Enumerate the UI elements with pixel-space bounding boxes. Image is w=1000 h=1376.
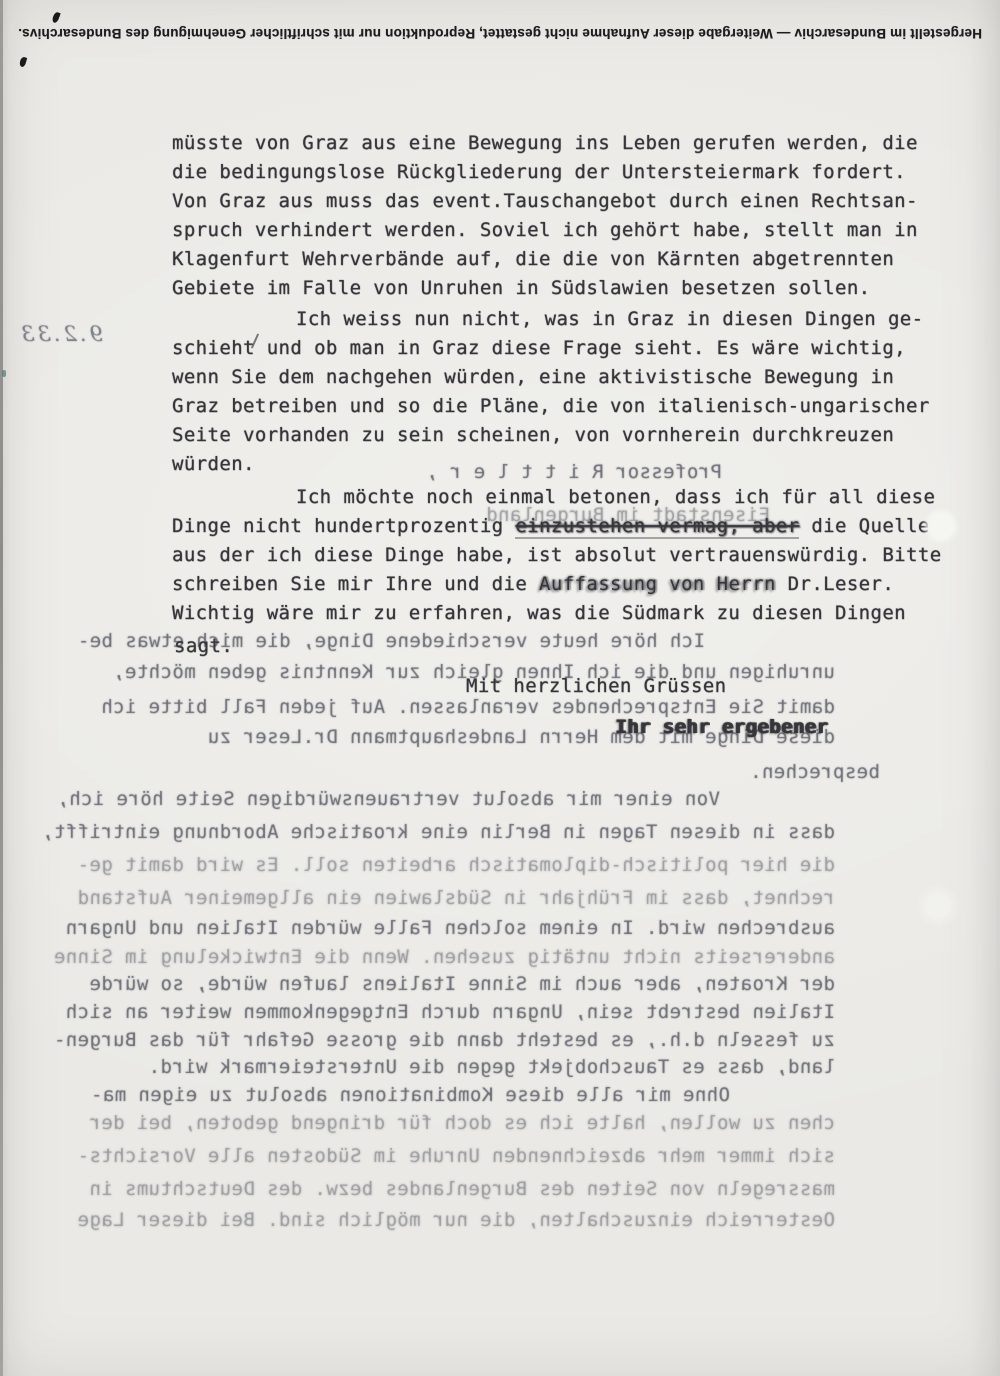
typed-line: Gebiete im Falle von Unruhen in Südslawi… xyxy=(172,278,871,300)
bleedthrough-line: chen zu wollen, halte ich es doch für dr… xyxy=(89,1113,835,1135)
typed-line: spruch verhindert werden. Soviel ich geh… xyxy=(172,220,918,242)
bleedthrough-line: land, dass es Tauschobjekt gegen die Unt… xyxy=(148,1057,835,1079)
bleedthrough-line: besprechen. xyxy=(750,762,880,784)
struck-out-text: einzustehen vermag, aber xyxy=(515,515,799,539)
typed-line: Graz betreiben und so die Pläne, die von… xyxy=(172,396,930,418)
ink-speck-1 xyxy=(51,11,60,23)
bleedthrough-line: Oesterreich einzuschalten, die nur mögli… xyxy=(77,1210,835,1232)
bleedthrough-line: Ohne mir alle diese Kombinationen absolu… xyxy=(91,1085,730,1107)
bleedthrough-line: ausbrechen wird. In einem solchen Falle … xyxy=(65,918,835,940)
bleedthrough-line: sich immer mehr abzeichnenden Unruhe im … xyxy=(77,1146,835,1168)
handwritten-date: 9.2.33 xyxy=(18,322,103,346)
typed-line: Seite vorhanden zu sein scheinen, von vo… xyxy=(172,425,894,447)
typed-line: Ich möchte noch einmal betonen, dass ich… xyxy=(296,487,935,509)
edge-speck xyxy=(2,370,6,377)
typed-line: müsste von Graz aus eine Bewegung ins Le… xyxy=(172,133,918,155)
paper-flaw-spot-2 xyxy=(925,893,951,919)
typed-line: Von Graz aus muss das event.Tauschangebo… xyxy=(172,191,918,213)
bleedthrough-line: der Kroaten, aber auch im Sinne Italiens… xyxy=(89,974,835,996)
bleedthrough-line: zu fesseln d.h., es besteht dann die gro… xyxy=(54,1030,835,1052)
typed-line: schreiben Sie mir Ihre und die Auffassun… xyxy=(172,574,894,596)
typed-line: schieht und ob man in Graz diese Frage s… xyxy=(172,338,906,360)
overtyped-text: Auffassung von Herrn xyxy=(539,573,776,595)
bleedthrough-line: Ich höre heute verschiedene Dinge, die m… xyxy=(78,631,705,653)
typed-line: die bedingungslose Rückgliederung der Un… xyxy=(172,162,906,184)
typed-line: wenn Sie dem nachgehen würden, eine akti… xyxy=(172,367,894,389)
bleedthrough-line: Professor R i t t l e r , xyxy=(426,462,722,484)
typed-line: Ich weiss nun nicht, was in Graz in dies… xyxy=(296,309,923,331)
typed-line: Wichtig wäre mir zu erfahren, was die Sü… xyxy=(172,603,906,625)
typed-line: Dinge nicht hundertprozentig einzustehen… xyxy=(172,516,942,538)
bleedthrough-line: dass in diesen Tagen in Berlin eine kroa… xyxy=(42,822,835,844)
bleedthrough-line: andererseits nicht untätig zusehen. Wenn… xyxy=(54,947,835,969)
typed-line: aus der ich diese Dinge habe, ist absolu… xyxy=(172,545,942,567)
bleedthrough-line: massregeln von Seiten des Burgenlandes b… xyxy=(89,1179,835,1201)
typed-line: Ihr sehr ergebener xyxy=(615,717,828,739)
bleedthrough-line: rechnet, dass im Frühjahr in Südslawien … xyxy=(77,888,835,910)
bleedthrough-line: die hier politisch-diplomatisch arbeiten… xyxy=(77,855,835,877)
bleedthrough-line: Von einer mir absolut vertrauenswürdigen… xyxy=(57,789,720,811)
document-page: Hergestellt im Bundesarchiv — Weitergabe… xyxy=(0,0,1000,1376)
typed-line: Klagenfurt Wehrverbände auf, die die von… xyxy=(172,249,894,271)
paper-flaw-spot-1 xyxy=(928,513,954,539)
archive-stamp: Hergestellt im Bundesarchiv — Weitergabe… xyxy=(12,26,988,41)
ink-speck-2 xyxy=(19,56,27,67)
typed-line: würden. xyxy=(172,454,255,476)
scan-left-edge xyxy=(0,0,3,1376)
typed-line: sagt. xyxy=(174,636,233,658)
typed-line: Mit herzlichen Grüssen xyxy=(466,676,726,698)
bleedthrough-line: Italien bestrebt sein, Ungarn durch Entg… xyxy=(65,1002,835,1024)
